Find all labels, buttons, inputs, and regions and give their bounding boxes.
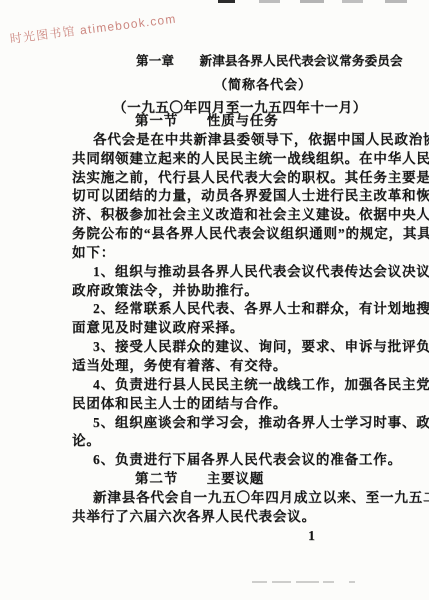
body-line: 各代会是在中共新津县委领导下，依据中国人民政治协商会议 [72,131,424,150]
scan-mark [385,0,407,3]
body-line: 民团体和民主人士的团结与合作。 [72,395,424,414]
scan-mark [300,0,324,3]
body-line: 如下： [72,244,424,263]
scan-mark [349,581,355,583]
chapter-subtitle: （简称各代会） [214,73,424,96]
body-line: 2、经常联系人民代表、各界人士和群众，有计划地搜集各方 [72,300,424,319]
body-line: 务院公布的“县各界人民代表会议组织通则”的规定，其具体任务 [72,225,424,244]
scan-mark [296,581,319,583]
scan-mark [323,581,334,583]
scanned-page: 时光图书馆 atimebook.com 第一章 新津县各界人民代表会议常务委员会… [0,0,429,600]
chapter-title: 第一章 新津县各界人民代表会议常务委员会 [136,50,424,73]
body-line: 适当处理，务使有着落、有交待。 [72,357,424,376]
body-text: 第一节 性质与任务 各代会是在中共新津县委领导下，依据中国人民政治协商会议 共同… [72,112,424,527]
body-line: 论。 [72,432,424,451]
body-line: 新津县各代会自一九五〇年四月成立以来、至一九五二年十月 [72,489,424,508]
body-line: 济、积极参加社会主义改造和社会主义建设。依据中央人民政府政 [72,206,424,225]
body-line: 共举行了六届六次各界人民代表会议。 [72,508,424,527]
body-line: 共同纲领建立起来的人民民主统一战线组织。在中华人民共和国宪 [72,150,424,169]
body-line: 4、负责进行县人民民主统一战线工作，加强各民主党派、人 [72,376,424,395]
body-line: 5、组织座谈会和学习会，推动各界人士学习时事、政策和理 [72,414,424,433]
body-line: 切可以团结的力量，动员各界爱国人士进行民主改革和恢复国民经 [72,187,424,206]
scan-mark [252,581,267,583]
body-line: 3、接受人民群众的建议、询问，要求、申诉与批评负责加以 [72,338,424,357]
scan-mark [218,0,235,3]
body-line: 1、组织与推动县各界人民代表会议代表传达会议决议，宣传 [72,263,424,282]
body-line: 面意见及时建议政府采择。 [72,319,424,338]
section-1-heading: 第一节 性质与任务 [72,112,424,131]
body-line: 6、负责进行下届各界人民代表会议的准备工作。 [72,451,424,470]
section-2-heading: 第二节 主要议题 [72,470,424,489]
scan-mark [259,0,280,3]
watermark: 时光图书馆 atimebook.com [9,10,177,47]
scan-mark [342,0,363,3]
title-block: 第一章 新津县各界人民代表会议常务委员会 （简称各代会） （一九五〇年四月至一九… [72,50,424,119]
body-line: 法实施之前，代行县人民代表大会的职权。其任务主要是、团结一 [72,169,424,188]
page-number: 1 [308,529,315,545]
scan-mark [272,581,291,583]
body-line: 政府政策法令，并协助推行。 [72,282,424,301]
